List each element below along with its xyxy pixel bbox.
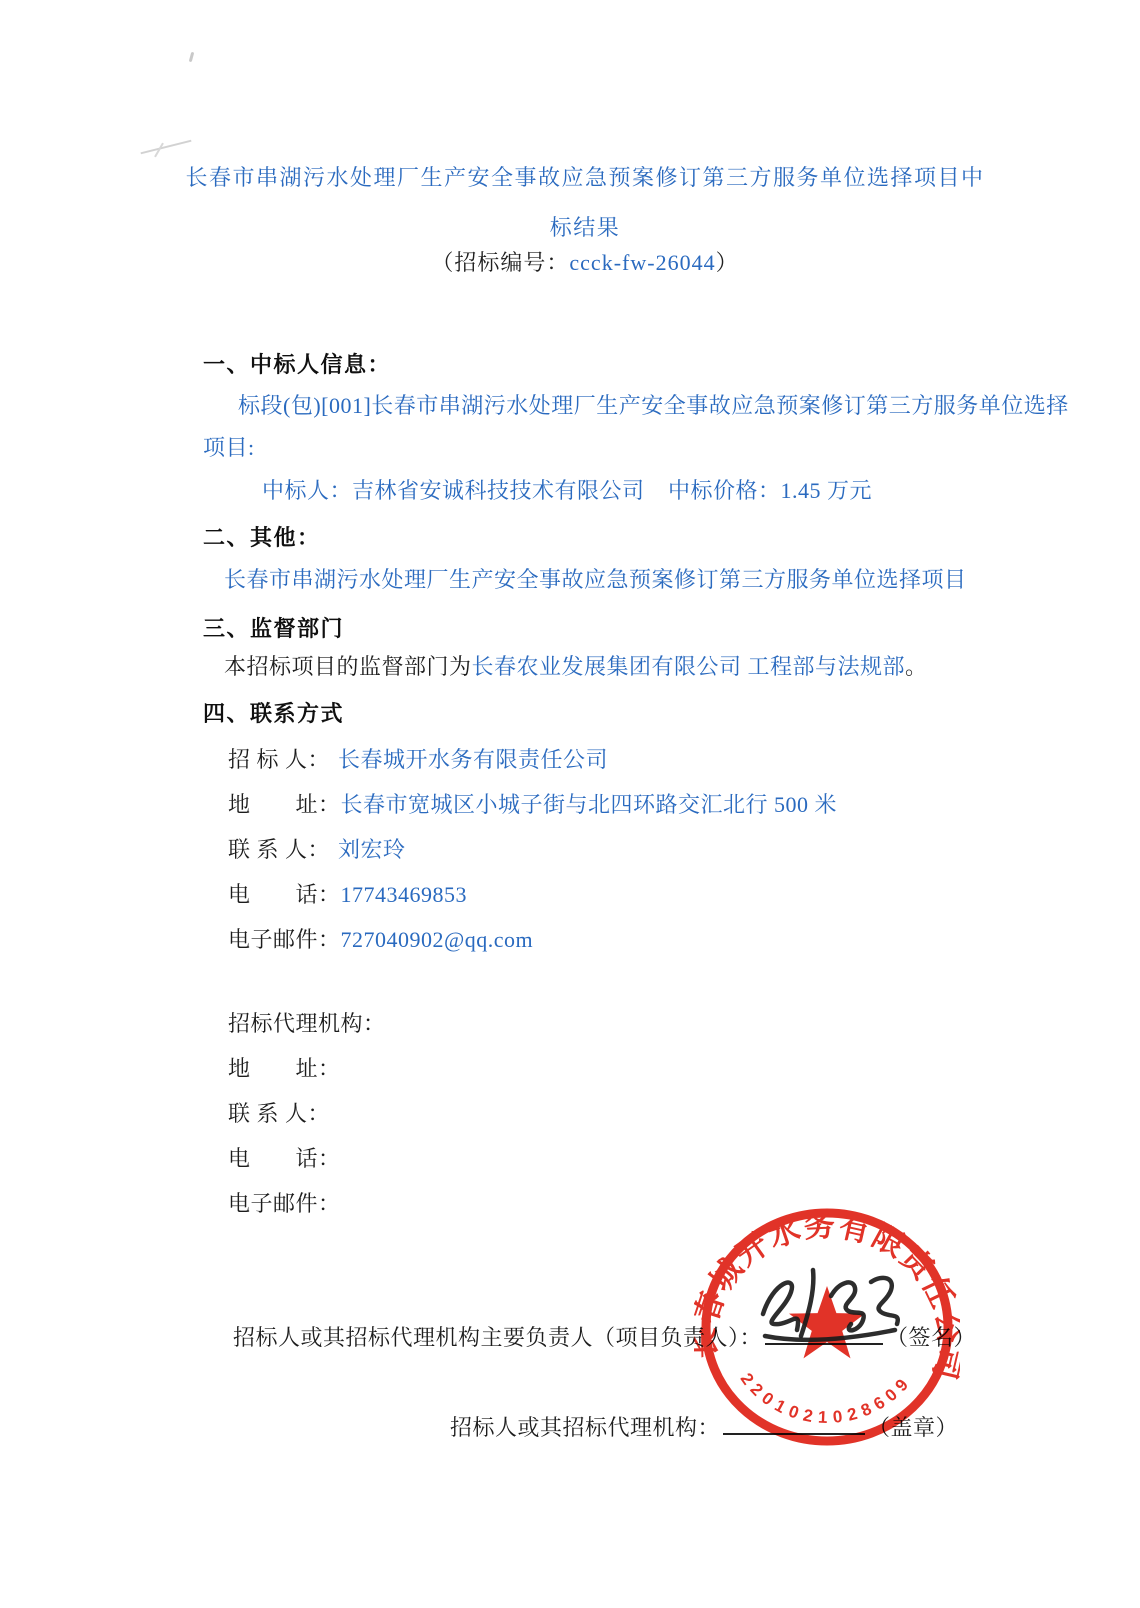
agency-row-address: 地 址： <box>228 1055 341 1083</box>
contact-label: 电 话： <box>228 1145 341 1173</box>
contact-label: 电子邮件： <box>228 1190 341 1218</box>
lot-description-line1: 标段(包)[001]长春市串湖污水处理厂生产安全事故应急预案修订第三方服务单位选… <box>238 392 1069 420</box>
stamp-serial-digit: 2 <box>845 1404 859 1425</box>
tender-number-line: （招标编号：ccck-fw-26044） <box>30 246 1140 277</box>
contact-row-person: 联 系 人：刘宏玲 <box>228 836 406 864</box>
contact-value: 727040902@qq.com <box>341 927 534 952</box>
supervision-suffix: 。 <box>905 654 928 679</box>
contact-label: 电子邮件： <box>228 926 341 954</box>
contact-value: 刘宏玲 <box>338 837 406 862</box>
section-heading-supervision: 三、监督部门 <box>203 612 344 643</box>
contact-row-tenderer: 招 标 人：长春城开水务有限责任公司 <box>228 746 608 774</box>
stamp-serial-digit: 1 <box>771 1396 788 1417</box>
contact-value: 17743469853 <box>341 882 468 907</box>
stamp-serial-digit: 0 <box>786 1401 801 1422</box>
scan-artifact <box>189 52 194 62</box>
contact-label: 联 系 人： <box>228 836 338 864</box>
principal-label: 招标人或其招标代理机构主要负责人（项目负责人）： <box>233 1325 762 1350</box>
agency-row-name: 招标代理机构： <box>228 1010 386 1038</box>
supervision-department: 长春农业发展集团有限公司 工程部与法规部 <box>472 654 906 679</box>
price-value: 1.45 万元 <box>781 478 873 503</box>
scan-artifact <box>141 140 192 155</box>
winner-name: 吉林省安诚科技技术有限公司 <box>352 478 645 503</box>
tender-number-prefix: （招标编号： <box>431 250 569 275</box>
contact-label: 招标代理机构： <box>228 1010 386 1038</box>
tender-number-code: ccck-fw-26044 <box>569 250 715 275</box>
stamp-serial-digit: 1 <box>818 1408 828 1427</box>
winner-label: 中标人： <box>262 478 352 503</box>
stamp-serial-digit: 0 <box>832 1407 843 1427</box>
agency-seal-label: 招标人或其招标代理机构： <box>450 1415 720 1440</box>
stamp-serial-digit: 2 <box>801 1406 814 1426</box>
contact-label: 联 系 人： <box>228 1100 338 1128</box>
contact-value: 长春城开水务有限责任公司 <box>338 747 608 772</box>
agency-row-person: 联 系 人： <box>228 1100 338 1128</box>
contact-row-address: 地 址：长春市宽城区小城子街与北四环路交汇北行 500 米 <box>228 791 837 819</box>
document-title-line2: 标结果 <box>30 211 1140 242</box>
scanned-document-page: 长春市串湖污水处理厂生产安全事故应急预案修订第三方服务单位选择项目中 标结果 （… <box>0 0 1140 1608</box>
contact-label: 招 标 人： <box>228 746 338 774</box>
section-heading-other: 二、其他： <box>203 521 321 552</box>
lot-description-line2: 项目: <box>203 434 255 462</box>
contact-row-phone: 电 话：17743469853 <box>228 881 467 909</box>
section-heading-contact: 四、联系方式 <box>203 697 344 728</box>
supervision-row: 本招标项目的监督部门为长春农业发展集团有限公司 工程部与法规部。 <box>224 653 928 681</box>
document-title-line1: 长春市串湖污水处理厂生产安全事故应急预案修订第三方服务单位选择项目中 <box>30 161 1140 192</box>
tender-number-suffix: ） <box>716 250 739 275</box>
other-content: 长春市串湖污水处理厂生产安全事故应急预案修订第三方服务单位选择项目 <box>224 566 967 594</box>
price-label: 中标价格： <box>668 478 781 503</box>
contact-label: 电 话： <box>228 881 341 909</box>
handwritten-signature <box>735 1252 925 1364</box>
contact-label: 地 址： <box>228 791 341 819</box>
supervision-prefix: 本招标项目的监督部门为 <box>224 654 472 679</box>
contact-label: 地 址： <box>228 1055 341 1083</box>
agency-row-phone: 电 话： <box>228 1145 341 1173</box>
contact-row-email: 电子邮件：727040902@qq.com <box>228 926 533 954</box>
contact-value: 长春市宽城区小城子街与北四环路交汇北行 500 米 <box>341 792 838 817</box>
winner-price-row: 中标价格：1.45 万元 <box>668 477 872 505</box>
section-heading-winner-info: 一、中标人信息： <box>203 348 391 379</box>
winner-row: 中标人：吉林省安诚科技技术有限公司 <box>262 477 645 505</box>
agency-row-email: 电子邮件： <box>228 1190 341 1218</box>
